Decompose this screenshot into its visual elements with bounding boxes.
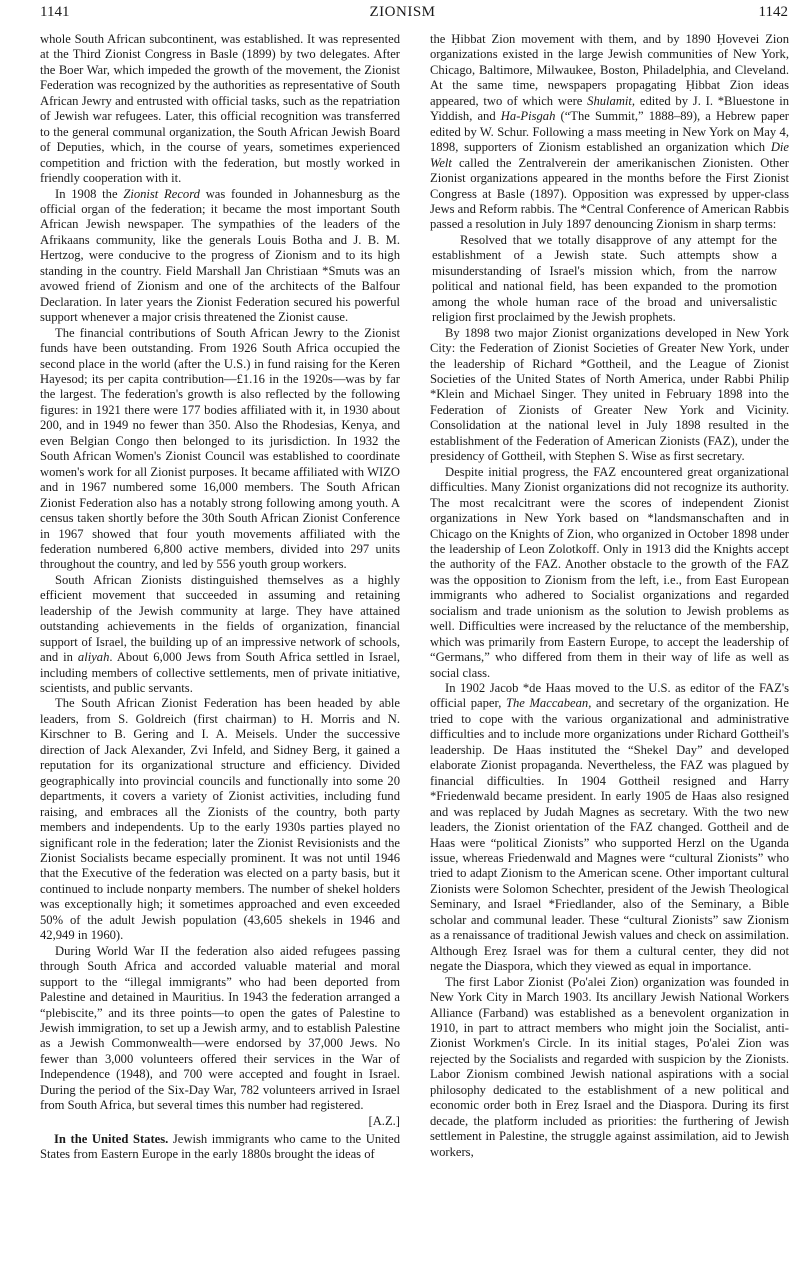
block-quote: Resolved that we totally disapprove of a… [432, 233, 777, 326]
text-run: called the Zentralverein der amerikanisc… [430, 156, 789, 232]
paragraph: the Ḥibbat Zion movement with them, and … [430, 32, 789, 233]
text-run: and secretary of the organization. He tr… [430, 696, 789, 973]
paragraph: The financial contributions of South Afr… [40, 326, 400, 573]
paragraph: The first Labor Zionist (Po'alei Zion) o… [430, 975, 789, 1160]
paragraph: In 1908 the Zionist Record was founded i… [40, 187, 400, 326]
italic-term: aliyah [78, 650, 109, 664]
section-heading: In the United States. [54, 1132, 168, 1146]
italic-title: Zionist Record [123, 187, 200, 201]
left-column: whole South African subcontinent, was es… [40, 32, 400, 1163]
page-title: ZIONISM [0, 4, 805, 21]
running-head: 1141 ZIONISM 1142 [0, 4, 805, 24]
paragraph: By 1898 two major Zionist organizations … [430, 326, 789, 465]
text-run: was founded in Johannesburg as the offic… [40, 187, 400, 325]
paragraph: In 1902 Jacob *de Haas moved to the U.S.… [430, 681, 789, 975]
author-signoff: [A.Z.] [354, 1114, 400, 1129]
italic-title: The Maccabean, [506, 696, 591, 710]
right-column: the Ḥibbat Zion movement with them, and … [430, 32, 789, 1160]
text-run: During World War II the federation also … [40, 944, 400, 1113]
italic-title: Shulamit, [587, 94, 635, 108]
paragraph: The South African Zionist Federation has… [40, 696, 400, 943]
paragraph: Despite initial progress, the FAZ encoun… [430, 465, 789, 681]
text-run: In 1908 the [55, 187, 123, 201]
italic-title: Ha-Pisgah [501, 109, 556, 123]
page-number-right: 1142 [759, 4, 788, 21]
paragraph: During World War II the federation also … [40, 944, 400, 1114]
section-paragraph: In the United States. Jewish immigrants … [40, 1132, 400, 1163]
paragraph: South African Zionists distinguished the… [40, 573, 400, 697]
paragraph: whole South African subcontinent, was es… [40, 32, 400, 187]
